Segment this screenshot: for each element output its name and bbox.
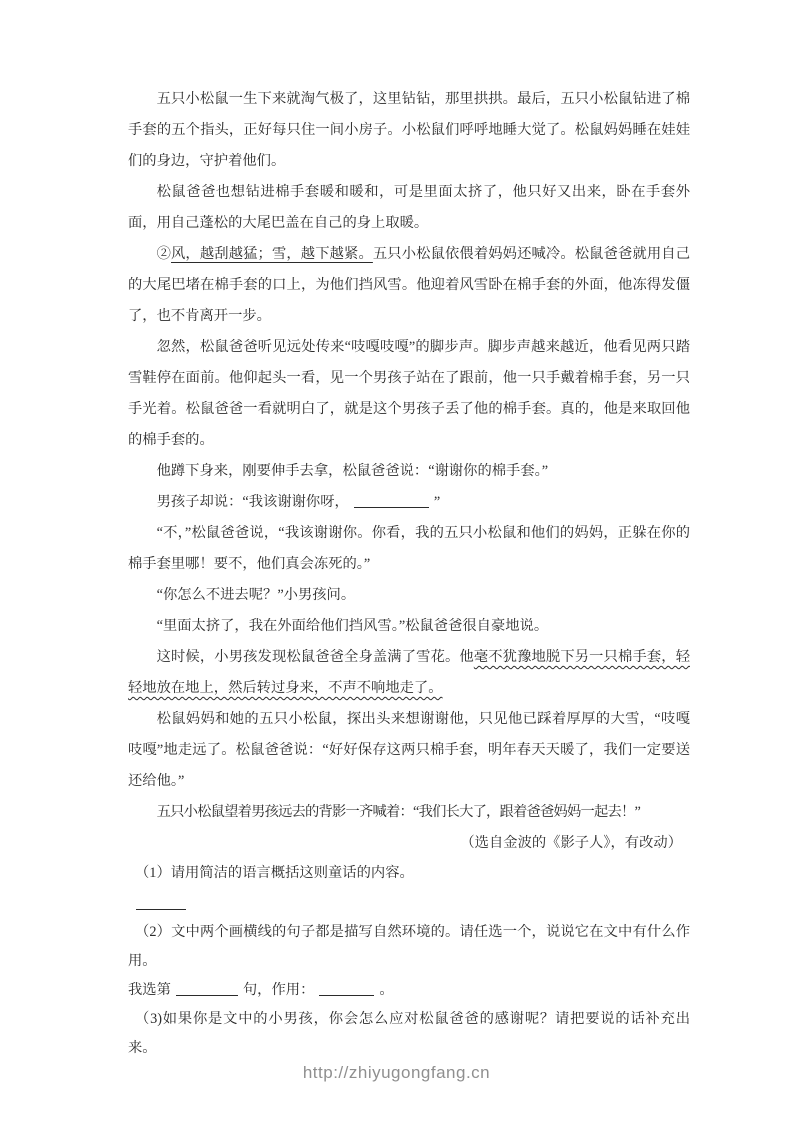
question-line: 我选第句，作用：。 bbox=[128, 976, 690, 1005]
story-paragraph: “不，”松鼠爸爸说，“我该谢谢你。你看，我的五只小松鼠和他们的妈妈，正躲在你的棉… bbox=[128, 518, 690, 580]
text-segment: 这时候，小男孩发现松鼠爸爸全身盖满了雪花。他 bbox=[157, 649, 474, 665]
text-segment: （2）文中两个画横线的句子都是描写自然环境的。请任选一个，说说它在文中有什么作用… bbox=[128, 924, 690, 969]
story-paragraph: 五只小松鼠一生下来就淘气极了，这里钻钻，那里拱拱。最后，五只小松鼠钻进了棉手套的… bbox=[128, 84, 690, 177]
story-paragraph: 这时候，小男孩发现松鼠爸爸全身盖满了雪花。他毫不犹豫地脱下另一只棉手套，轻轻地放… bbox=[128, 642, 690, 704]
story-paragraph: “你怎么不进去呢？”小男孩问。 bbox=[128, 580, 690, 611]
text-segment: 五只小松鼠一生下来就淘气极了，这里钻钻，那里拱拱。最后，五只小松鼠钻进了棉手套的… bbox=[128, 91, 690, 169]
story-paragraph: 忽然，松鼠爸爸听见远处传来“吱嘎吱嘎”的脚步声。脚步声越来越近，他看见两只踏雪鞋… bbox=[128, 332, 690, 456]
answer-blank bbox=[319, 981, 374, 996]
question-line: （1）请用简洁的语言概括这则童话的内容。 bbox=[128, 859, 690, 888]
story-paragraph: 他蹲下身来，刚要伸手去拿，松鼠爸爸说：“谢谢你的棉手套。” bbox=[128, 456, 690, 487]
question-line: （2）文中两个画横线的句子都是描写自然环境的。请任选一个，说说它在文中有什么作用… bbox=[128, 918, 690, 976]
story-paragraph: 五只小松鼠望着男孩远去的背影一齐喊着：“我们长大了，跟着爸爸妈妈一起去！” bbox=[128, 797, 690, 828]
answer-blank bbox=[354, 493, 429, 508]
story-paragraph: “里面太挤了，我在外面给他们挡风雪。”松鼠爸爸很自豪地说。 bbox=[128, 611, 690, 642]
text-segment: 松鼠妈妈和她的五只小松鼠，探出头来想谢谢他，只见他已踩着厚厚的大雪，“吱嘎吱嘎”… bbox=[128, 711, 690, 789]
text-segment: “你怎么不进去呢？”小男孩问。 bbox=[157, 587, 356, 603]
story-text: 五只小松鼠一生下来就淘气极了，这里钻钻，那里拱拱。最后，五只小松鼠钻进了棉手套的… bbox=[128, 84, 690, 828]
text-segment: （3)如果你是文中的小男孩，你会怎么应对松鼠爸爸的感谢呢？请把要说的话补充出来。 bbox=[128, 1011, 690, 1056]
answer-blank bbox=[176, 981, 238, 996]
text-segment: 句，作用： bbox=[243, 982, 314, 998]
text-segment: 忽然，松鼠爸爸听见远处传来“吱嘎吱嘎”的脚步声。脚步声越来越近，他看见两只踏雪鞋… bbox=[128, 339, 690, 448]
text-segment: 他蹲下身来，刚要伸手去拿，松鼠爸爸说：“谢谢你的棉手套。” bbox=[157, 463, 549, 479]
text-segment: ② bbox=[157, 246, 171, 262]
question-line: （3)如果你是文中的小男孩，你会怎么应对松鼠爸爸的感谢呢？请把要说的话补充出来。 bbox=[128, 1005, 690, 1063]
text-segment: 。 bbox=[379, 982, 393, 998]
text-segment: 五只小松鼠望着男孩远去的背影一齐喊着：“我们长大了，跟着爸爸妈妈一起去！” bbox=[157, 804, 640, 820]
question-line bbox=[128, 890, 690, 918]
story-paragraph: 松鼠妈妈和她的五只小松鼠，探出头来想谢谢他，只见他已踩着厚厚的大雪，“吱嘎吱嘎”… bbox=[128, 704, 690, 797]
underlined-sentence: 风，越刮越猛；雪，越下越紧。 bbox=[171, 246, 373, 262]
content-area: 五只小松鼠一生下来就淘气极了，这里钻钻，那里拱拱。最后，五只小松鼠钻进了棉手套的… bbox=[128, 84, 690, 1063]
text-segment: “不，”松鼠爸爸说，“我该谢谢你。你看，我的五只小松鼠和他们的妈妈，正躲在你的棉… bbox=[128, 525, 690, 572]
story-paragraph: ②风，越刮越猛；雪，越下越紧。五只小松鼠依偎着妈妈还喊冷。松鼠爸爸就用自己的大尾… bbox=[128, 239, 690, 332]
text-segment: ” bbox=[434, 494, 440, 510]
text-segment: （1）请用简洁的语言概括这则童话的内容。 bbox=[135, 865, 414, 881]
answer-blank bbox=[136, 895, 186, 910]
text-segment: 我选第 bbox=[128, 982, 171, 998]
story-paragraph: 男孩子却说：“我该谢谢你呀，” bbox=[128, 487, 690, 518]
document-page: 五只小松鼠一生下来就淘气极了，这里钻钻，那里拱拱。最后，五只小松鼠钻进了棉手套的… bbox=[0, 0, 793, 1122]
footer-url: http://zhiyugongfang.cn bbox=[0, 1063, 793, 1083]
questions: （1）请用简洁的语言概括这则童话的内容。（2）文中两个画横线的句子都是描写自然环… bbox=[128, 859, 690, 1063]
text-segment: 松鼠爸爸也想钻进棉手套暖和暖和，可是里面太挤了，他只好又出来，卧在手套外面，用自… bbox=[128, 184, 690, 231]
attribution: （选自金波的《影子人》，有改动） bbox=[128, 828, 690, 859]
story-paragraph: 松鼠爸爸也想钻进棉手套暖和暖和，可是里面太挤了，他只好又出来，卧在手套外面，用自… bbox=[128, 177, 690, 239]
text-segment: “里面太挤了，我在外面给他们挡风雪。”松鼠爸爸很自豪地说。 bbox=[157, 618, 549, 634]
text-segment: 男孩子却说：“我该谢谢你呀， bbox=[157, 494, 349, 510]
